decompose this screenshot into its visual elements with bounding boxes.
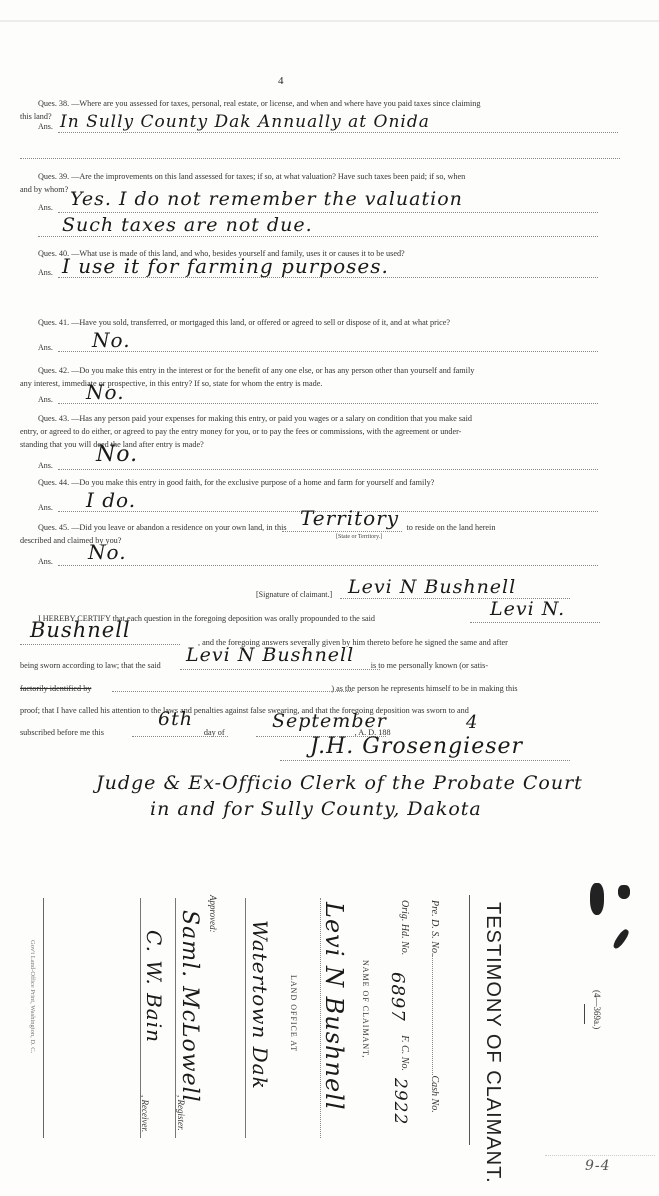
ink-blot bbox=[618, 885, 630, 899]
certification-line-4: factorily identified by) as the person h… bbox=[20, 682, 620, 695]
answer-label-40: Ans. bbox=[38, 268, 53, 277]
back-title: TESTIMONY OF CLAIMANT. bbox=[481, 902, 504, 1184]
answer-label-41: Ans. bbox=[38, 343, 53, 352]
fill-line bbox=[180, 669, 380, 670]
printer-imprint: Gov't Land-Office Print, Washington, D. … bbox=[29, 940, 36, 1053]
answer-line bbox=[58, 403, 598, 404]
answer-line bbox=[20, 158, 620, 159]
answer-44: I do. bbox=[86, 488, 136, 512]
ink-blot bbox=[590, 883, 604, 915]
page-annotation: 9-4 bbox=[585, 1158, 611, 1174]
pre-ds-label: Pre. D. S. No.Cash No. bbox=[429, 900, 440, 1113]
fill-caption: [State or Territory.] bbox=[336, 534, 382, 540]
fill-line bbox=[112, 691, 352, 692]
answer-41: No. bbox=[92, 328, 131, 352]
state-or-territory-fill: Territory bbox=[300, 506, 399, 530]
fill-line bbox=[132, 736, 228, 737]
claimant-name-value: Levi N Bushnell bbox=[320, 902, 348, 1111]
receiver-label: , Receiver. bbox=[140, 1095, 150, 1132]
answer-42: No. bbox=[86, 380, 125, 404]
answer-line bbox=[58, 132, 618, 133]
answer-label-45: Ans. bbox=[38, 557, 53, 566]
answer-label-39: Ans. bbox=[38, 203, 53, 212]
fc-value: 2922 bbox=[390, 1078, 410, 1125]
register-signature: Saml. McLowell bbox=[177, 910, 202, 1103]
fill-line bbox=[470, 622, 600, 623]
officer-title-line-1: Judge & Ex-Officio Clerk of the Probate … bbox=[96, 772, 583, 794]
answer-43: No. bbox=[96, 442, 138, 467]
answer-line bbox=[58, 351, 598, 352]
answer-38: In Sully County Dak Annually at Onida bbox=[60, 112, 430, 132]
month-fill: September bbox=[272, 710, 387, 732]
document-page: 4 Ques. 38. —Where are you assessed for … bbox=[0, 0, 659, 1196]
ink-blot bbox=[611, 928, 630, 951]
bottom-line bbox=[545, 1155, 655, 1156]
answer-line bbox=[38, 236, 598, 237]
page-number: 4 bbox=[278, 75, 284, 87]
claimant-name-fill-2: Levi N Bushnell bbox=[186, 644, 354, 666]
register-label: , Register. bbox=[176, 1095, 186, 1131]
answer-line bbox=[58, 565, 598, 566]
receiver-signature: C. W. Bain bbox=[142, 930, 166, 1043]
officer-signature-line bbox=[280, 760, 570, 761]
title-rule bbox=[469, 895, 470, 1145]
answer-line bbox=[58, 212, 598, 213]
answer-label-44: Ans. bbox=[38, 503, 53, 512]
approved-label: Approved: bbox=[208, 895, 218, 933]
fill-line bbox=[282, 531, 402, 532]
answer-label-38: Ans. bbox=[38, 122, 53, 131]
answer-label-42: Ans. bbox=[38, 395, 53, 404]
signature-label: [Signature of claimant.] bbox=[256, 590, 332, 599]
fill-line bbox=[20, 644, 180, 645]
answer-45: No. bbox=[88, 540, 127, 564]
answer-label-43: Ans. bbox=[38, 461, 53, 470]
claimant-name-fill-1a: Levi N. bbox=[490, 598, 565, 620]
answer-39-line2: Such taxes are not due. bbox=[62, 214, 313, 236]
answer-line bbox=[58, 469, 598, 470]
answer-39: Yes. I do not remember the valuation bbox=[70, 188, 463, 210]
land-office-value: Watertown Dak bbox=[248, 920, 272, 1090]
form-number: (4—369a.) bbox=[592, 990, 602, 1029]
officer-title-line-2: in and for Sully County, Dakota bbox=[150, 798, 482, 820]
claimant-name-fill-1b: Bushnell bbox=[30, 618, 131, 642]
land-office-label: LAND OFFICE AT bbox=[289, 975, 298, 1052]
answer-40: I use it for farming purposes. bbox=[62, 254, 389, 278]
scan-edge bbox=[0, 20, 659, 22]
land-office-line bbox=[245, 898, 246, 1138]
form-number-rule bbox=[584, 1004, 585, 1024]
year-fill: 4 bbox=[466, 712, 478, 733]
day-fill: 6th bbox=[158, 708, 193, 730]
claimant-signature: Levi N Bushnell bbox=[348, 576, 516, 598]
name-of-claimant-label: NAME OF CLAIMANT, bbox=[361, 960, 370, 1058]
margin-rule bbox=[43, 898, 44, 1138]
officer-signature: J.H. Grosengieser bbox=[310, 734, 523, 759]
orig-hd-value: 6897 bbox=[387, 972, 408, 1022]
